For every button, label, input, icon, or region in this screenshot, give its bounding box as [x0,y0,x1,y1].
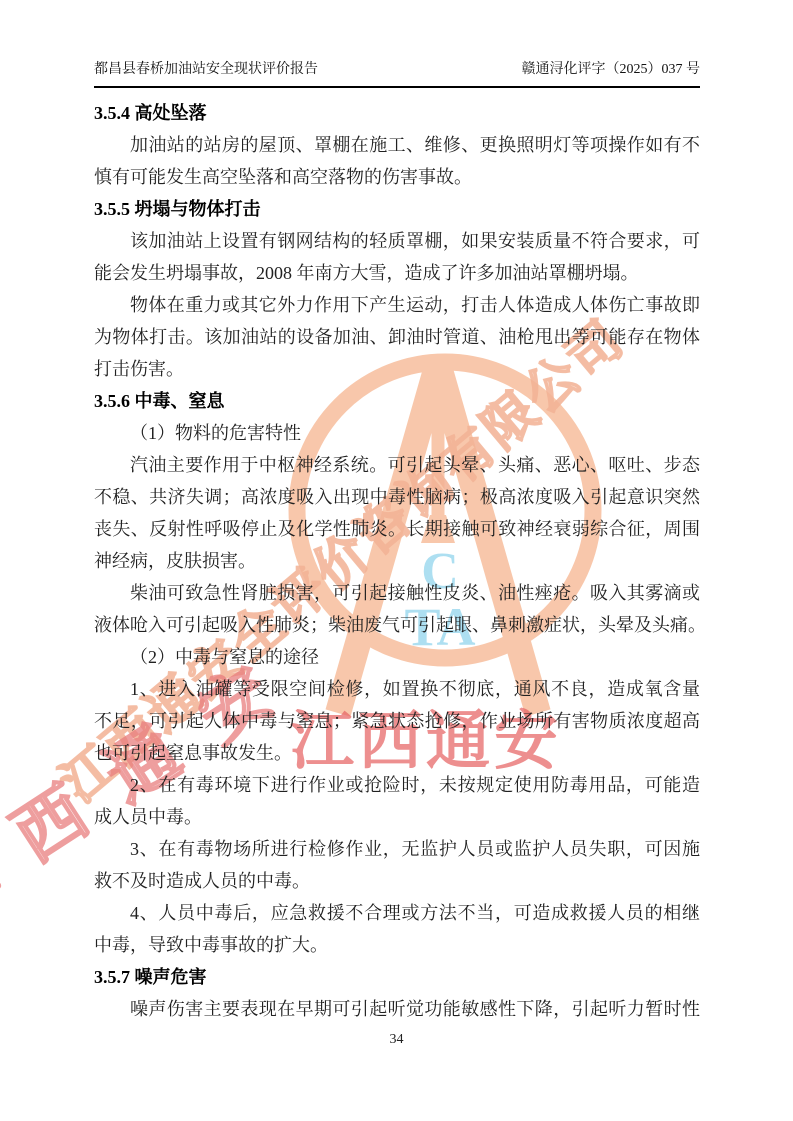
body-text-line: 神经病，皮肤损害。 [94,545,700,577]
body-text-line: 该加油站上设置有钢网结构的轻质罩棚，如果安装质量不符合要求，可 [94,225,700,257]
section-heading: 3.5.5 坍塌与物体打击 [94,193,700,225]
header-document-number: 赣通浔化评字（2025）037 号 [522,60,701,80]
body-text-line: 4、人员中毒后，应急救援不合理或方法不当，可造成救援人员的相继 [94,897,700,929]
body-text-line: （2）中毒与窒息的途径 [94,641,700,673]
body-text-line: 柴油可致急性肾脏损害，可引起接触性皮炎、油性痤疮。吸入其雾滴或 [94,577,700,609]
body-text-line: 不足，可引起人体中毒与窒息；紧急状态抢修，作业场所有害物质浓度超高 [94,705,700,737]
body-text-line: （1）物料的危害特性 [94,417,700,449]
body-text-line: 液体呛入可引起吸入性肺炎；柴油废气可引起眼、鼻刺激症状，头晕及头痛。 [94,609,700,641]
body-text-line: 物体在重力或其它外力作用下产生运动，打击人体造成人体伤亡事故即 [94,289,700,321]
body-text-line: 为物体打击。该加油站的设备加油、卸油时管道、油枪甩出等可能存在物体 [94,321,700,353]
body-text-line: 成人员中毒。 [94,801,700,833]
body-text-line: 加油站的站房的屋顶、罩棚在施工、维修、更换照明灯等项操作如有不 [94,129,700,161]
header-report-title: 都昌县春桥加油站安全现状评价报告 [94,60,318,80]
body-text-line: 不稳、共济失调；高浓度吸入出现中毒性脑病；极高浓度吸入引起意识突然 [94,481,700,513]
body-text-line: 救不及时造成人员的中毒。 [94,865,700,897]
body-text-line: 3、在有毒物场所进行检修作业，无监护人员或监护人员失职，可因施 [94,833,700,865]
document-body: 3.5.4 高处坠落加油站的站房的屋顶、罩棚在施工、维修、更换照明灯等项操作如有… [94,97,700,1025]
body-text-line: 丧失、反射性呼吸停止及化学性肺炎。长期接触可致神经衰弱综合征，周围 [94,513,700,545]
body-text-line: 2、在有毒环境下进行作业或抢险时，未按规定使用防毒用品，可能造 [94,769,700,801]
report-page: { "page": { "number": "34" }, "header": … [0,0,793,1121]
body-text-line: 能会发生坍塌事故，2008 年南方大雪，造成了许多加油站罩棚坍塌。 [94,257,700,289]
body-text-line: 1、进入油罐等受限空间检修，如置换不彻底，通风不良，造成氧含量 [94,673,700,705]
section-heading: 3.5.7 噪声危害 [94,961,700,993]
page-number: 34 [0,1032,793,1048]
section-heading: 3.5.4 高处坠落 [94,97,700,129]
body-text-line: 中毒，导致中毒事故的扩大。 [94,929,700,961]
section-heading: 3.5.6 中毒、窒息 [94,385,700,417]
body-text-line: 也可引起窒息事故发生。 [94,737,700,769]
body-text-line: 慎有可能发生高空坠落和高空落物的伤害事故。 [94,161,700,193]
body-text-line: 噪声伤害主要表现在早期可引起听觉功能敏感性下降，引起听力暂时性 [94,993,700,1025]
body-text-line: 打击伤害。 [94,353,700,385]
page-header: 都昌县春桥加油站安全现状评价报告 赣通浔化评字（2025）037 号 [94,60,700,88]
body-text-line: 汽油主要作用于中枢神经系统。可引起头晕、头痛、恶心、呕吐、步态 [94,449,700,481]
